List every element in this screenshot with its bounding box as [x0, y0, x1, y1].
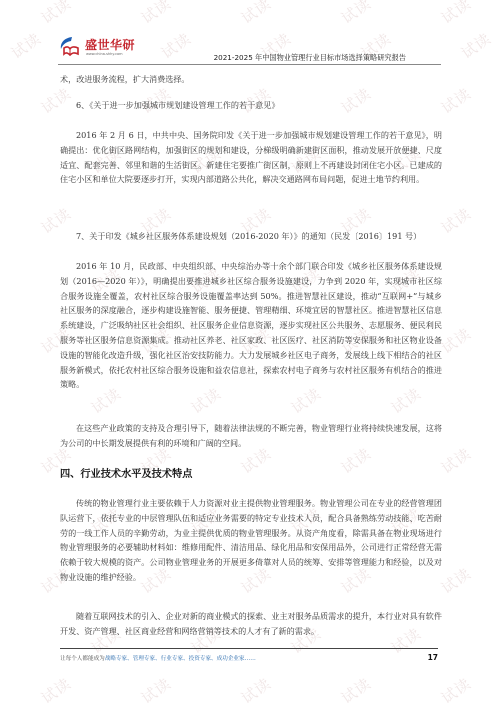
- paragraph: 2016 年 2 月 6 日，中共中央、国务院印发《关于进一步加强城市规划建设管…: [60, 128, 442, 187]
- item-7-body: 2016 年 10 月，民政部、中央组织部、中央综治办等十余个部门联合印发《城乡…: [60, 259, 442, 392]
- section-4-body: 传统的物业管理行业主要依赖于人力资源对业主提供物业管理服务。物业管理公司在专业的…: [60, 496, 442, 585]
- page-footer: 让每个人都能成为战略专家、管理专家、行业专家、投资专家、成功企业家…… 17: [60, 654, 438, 662]
- footer-slogan-prefix: 让每个人都能成为: [60, 656, 105, 662]
- footer-slogan-highlight: 战略专家、管理专家、行业专家、投资专家、成功企业家……: [105, 656, 256, 662]
- page-number: 17: [428, 653, 438, 662]
- logo-name: 盛世华研: [85, 36, 135, 53]
- logo-url: www.china-shhy.com: [86, 52, 123, 56]
- page-header: 盛世华研 www.china-shhy.com 2021-2025 年中国物业管…: [58, 33, 441, 65]
- carryover-text: 术，改进服务流程，扩大消费选择。: [60, 72, 442, 87]
- item-7-title: 7、关于印发《城乡社区服务体系建设规划（2016-2020 年）》的通知（民发〔…: [76, 231, 421, 242]
- report-title: 2021-2025 年中国物业管理行业目标市场选择策略研究报告: [214, 53, 406, 63]
- paragraph: 传统的物业管理行业主要依赖于人力资源对业主提供物业管理服务。物业管理公司在专业的…: [60, 496, 442, 585]
- company-logo: 盛世华研 www.china-shhy.com: [58, 33, 138, 61]
- header-divider: [58, 64, 441, 65]
- summary-text: 在这些产业政策的支持及合理引导下，随着法律法规的不断完善，物业管理行业将持续快速…: [60, 421, 442, 451]
- paragraph: 随着互联网技术的引入、企业对新的商业模式的探索、业主对服务品质需求的提升，本行业…: [60, 609, 442, 639]
- paragraph: 2016 年 10 月，民政部、中央组织部、中央综治办等十余个部门联合印发《城乡…: [60, 259, 442, 392]
- item-6-title: 6、《关于进一步加强城市规划建设管理工作的若干意见》: [76, 100, 279, 111]
- logo-book-icon: [58, 35, 82, 57]
- paragraph: 在这些产业政策的支持及合理引导下，随着法律法规的不断完善，物业管理行业将持续快速…: [60, 421, 442, 451]
- section-heading: 四、行业技术水平及技术特点: [60, 465, 192, 480]
- document-page: 盛世华研 www.china-shhy.com 2021-2025 年中国物业管…: [0, 0, 499, 706]
- paragraph: 术，改进服务流程，扩大消费选择。: [60, 72, 442, 87]
- section-4-body-2: 随着互联网技术的引入、企业对新的商业模式的探索、业主对服务品质需求的提升，本行业…: [60, 609, 442, 639]
- footer-divider: [60, 648, 438, 649]
- item-6-body: 2016 年 2 月 6 日，中共中央、国务院印发《关于进一步加强城市规划建设管…: [60, 128, 442, 187]
